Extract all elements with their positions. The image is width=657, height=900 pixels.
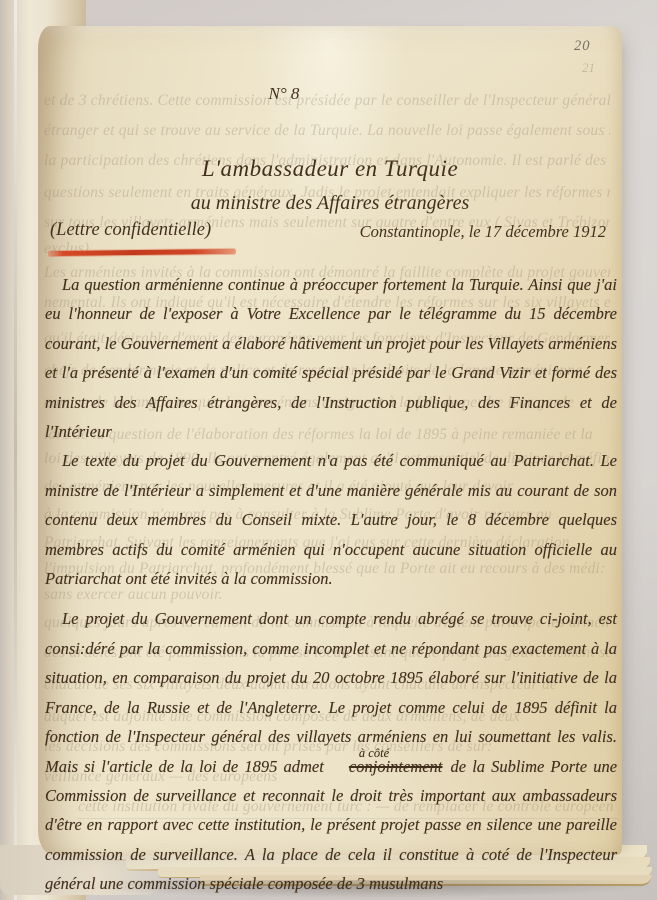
place-date-line: Constantinople, le 17 décembre 1912	[360, 222, 606, 242]
document-number: N° 8	[224, 84, 344, 104]
red-crayon-underline	[48, 249, 236, 256]
inserted-word: à côté	[342, 739, 389, 768]
folio-number-showthrough: 21	[582, 60, 595, 76]
handwriting-layer: 20 21 N° 8 L'ambassadeur en Turquie au m…	[38, 26, 622, 855]
folio-number: 20	[574, 38, 591, 55]
letter-sender-title: L'ambassadeur en Turquie	[38, 156, 622, 182]
paragraph-2: Le texte du projet du Gouvernement n'a p…	[45, 446, 617, 593]
inline-correction: à côtéconjointement	[332, 752, 442, 781]
confidential-note: (Lettre confidentielle)	[50, 220, 211, 241]
photograph-background: et de 3 chrétiens. Cette commission est …	[0, 0, 657, 900]
letter-recipient-title: au ministre des Affaires étrangères	[38, 192, 622, 215]
paragraph-3: Le projet du Gouvernement dont un compte…	[45, 604, 617, 898]
letter-body: La question arménienne continue à préocc…	[45, 270, 617, 899]
manuscript-page: et de 3 chrétiens. Cette commission est …	[38, 26, 622, 855]
paragraph-1: La question arménienne continue à préocc…	[45, 270, 617, 446]
